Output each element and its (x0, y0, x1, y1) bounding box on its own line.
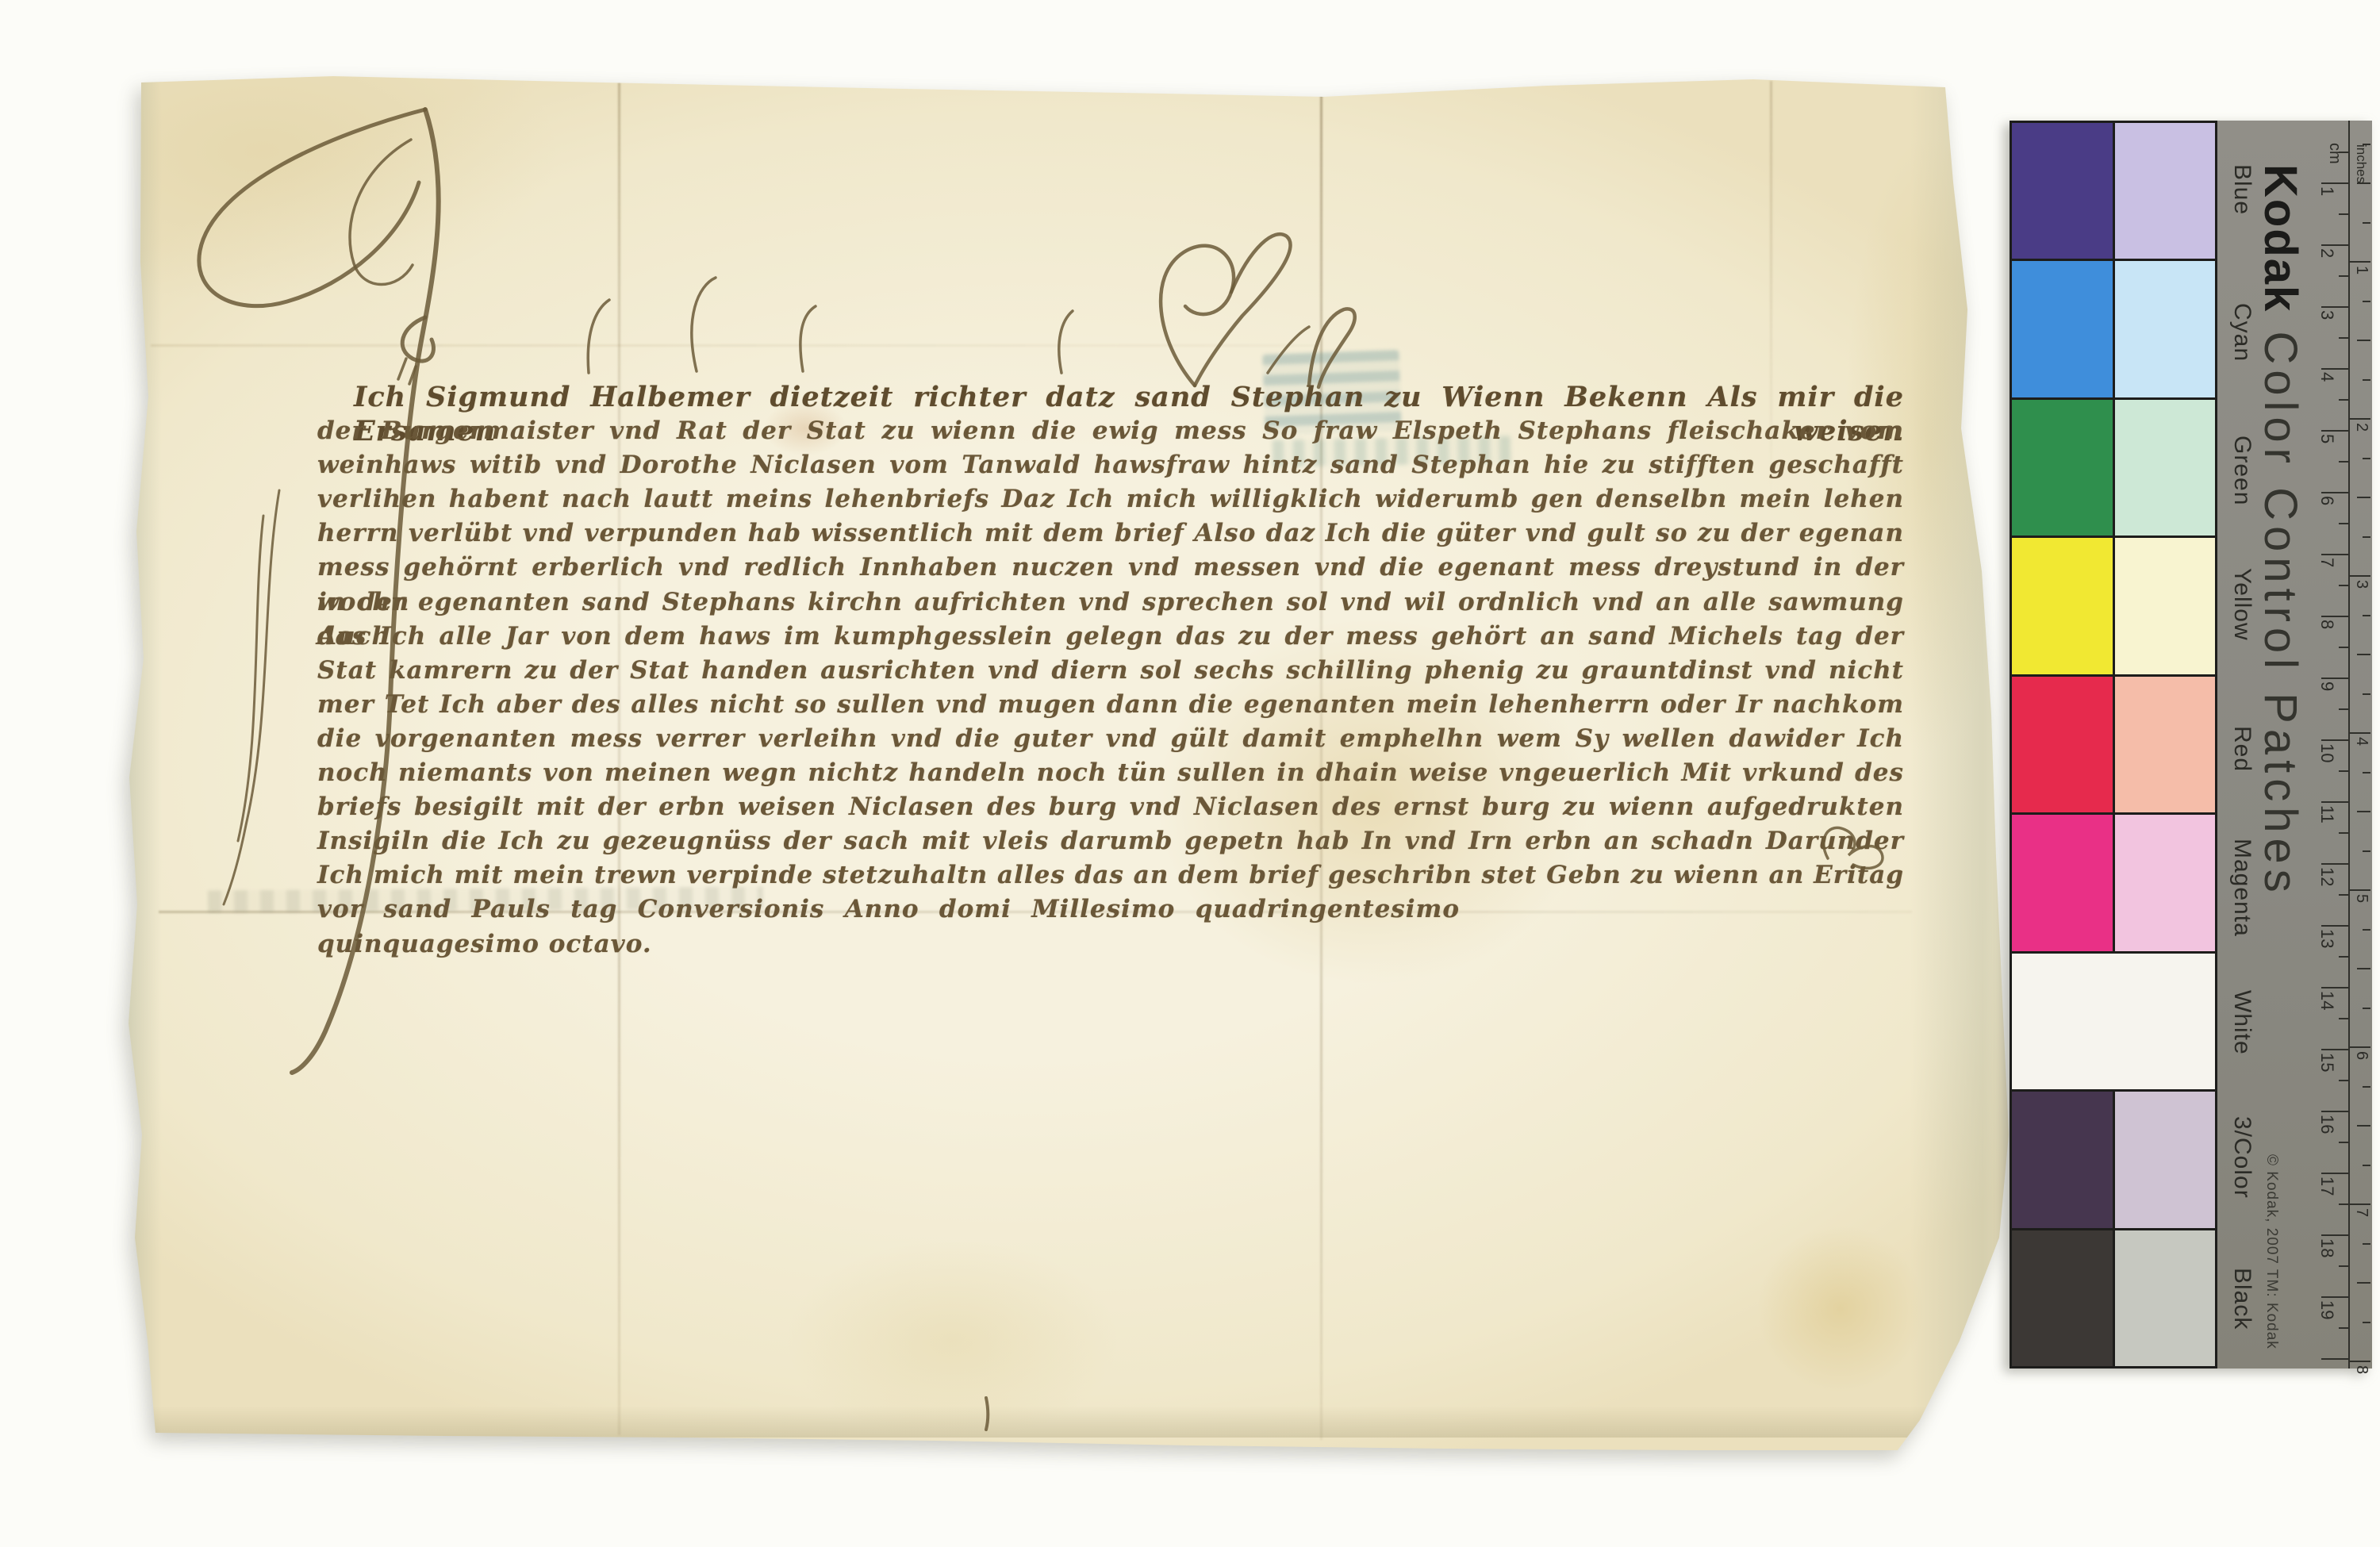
cm-number: 9 (2317, 681, 2337, 691)
cm-number: 10 (2317, 743, 2337, 762)
inch-tick (2357, 968, 2370, 969)
cm-tick (2321, 1111, 2348, 1112)
inch-tick (2348, 889, 2370, 891)
manuscript-line: noch niemants von meinen wegn nichtz han… (317, 756, 1904, 790)
patch-blue-tint (2115, 123, 2216, 259)
cm-tick (2339, 1327, 2348, 1329)
cm-tick (2321, 492, 2348, 493)
cm-tick (2339, 585, 2348, 586)
cm-tick (2321, 863, 2348, 865)
cm-tick (2339, 337, 2348, 339)
inch-tick (2357, 497, 2370, 498)
inch-tick (2348, 1046, 2370, 1048)
patch-row-label-black: Black (2228, 1268, 2255, 1330)
cm-number: 7 (2317, 558, 2337, 567)
manuscript-line: der Burgermaister vnd Rat der Stat zu wi… (317, 414, 1904, 448)
inch-tick (2348, 418, 2370, 420)
inch-tick (2357, 654, 2370, 655)
manuscript-line: Ich mich mit mein trewn verpinde stetzuh… (317, 858, 1904, 892)
cm-tick (2321, 678, 2348, 679)
cm-tick (2321, 616, 2348, 617)
inch-number: 4 (2352, 737, 2370, 746)
patch-row-label-3color: 3/Color (2228, 1116, 2255, 1199)
cm-number: 14 (2317, 991, 2337, 1010)
inch-tick (2363, 1322, 2370, 1323)
cm-tick (2321, 1234, 2348, 1236)
inch-tick (2363, 850, 2370, 852)
manuscript-line: Stat kamrern zu der Stat handen ausricht… (317, 654, 1904, 688)
parchment-left-deckle-edge (125, 75, 162, 1436)
patch-row-label-yellow: Yellow (2228, 568, 2255, 641)
cm-number: 1 (2317, 186, 2337, 196)
cm-tick (2339, 275, 2348, 277)
inches-unit-label: inches (2353, 144, 2369, 183)
cm-tick (2321, 739, 2348, 741)
kodak-title: Kodak Color Control Patches (2254, 164, 2307, 898)
patch-red-solid (2012, 677, 2113, 812)
patch-row-label-red: Red (2228, 726, 2255, 772)
inch-tick (2363, 379, 2370, 381)
inch-number: 5 (2352, 894, 2370, 903)
manuscript-line: Ich Sigmund Halbemer dietzeit richter da… (317, 380, 1904, 414)
cm-number: 16 (2317, 1115, 2337, 1134)
cm-number: 11 (2317, 805, 2337, 823)
cm-number: 8 (2317, 620, 2337, 629)
patch-row-label-white: White (2228, 990, 2255, 1055)
kodak-copyright: © Kodak, 2007 TM: Kodak (2263, 1154, 2280, 1349)
manuscript-line: mer Tet Ich aber des alles nicht so sull… (317, 688, 1904, 722)
cm-tick (2321, 801, 2348, 803)
inch-tick (2357, 340, 2370, 341)
patch-red-tint (2115, 677, 2216, 812)
inch-number: 1 (2352, 266, 2370, 274)
initial-i-outer-loop-icon (199, 109, 425, 306)
inch-tick (2357, 182, 2370, 184)
manuscript-line: Insigiln die Ich zu gezeugnüss der sach … (317, 824, 1904, 858)
cm-number: 18 (2317, 1238, 2337, 1257)
flourish-b-icon (1161, 246, 1234, 386)
parchment-bottom-edge-shading (143, 1406, 1936, 1438)
cm-tick (2321, 1296, 2348, 1298)
cm-tick (2339, 708, 2348, 710)
cm-tick (2339, 213, 2348, 215)
inch-number: 7 (2352, 1208, 2370, 1217)
patch-row-label-magenta: Magenta (2228, 839, 2255, 937)
inch-tick (2363, 301, 2370, 302)
manuscript-line: mess gehörnt erberlich vnd redlich Innha… (317, 551, 1904, 585)
patch-row-label-blue: Blue (2228, 164, 2255, 215)
cm-tick (2321, 368, 2348, 370)
inch-tick (2357, 1282, 2370, 1284)
cm-tick (2339, 1265, 2348, 1267)
cm-tick (2321, 987, 2348, 988)
manuscript-line: vor sand Pauls tag Conversionis Anno dom… (317, 892, 1460, 927)
cm-number: 13 (2317, 929, 2337, 948)
cm-tick (2339, 461, 2348, 463)
inch-tick (2348, 1203, 2370, 1205)
patch-black-solid (2012, 1230, 2113, 1366)
inch-tick (2363, 615, 2370, 616)
cm-tick (2339, 399, 2348, 401)
cm-number: 4 (2317, 372, 2337, 382)
inch-number: 6 (2352, 1051, 2370, 1060)
cm-tick (2321, 430, 2348, 432)
cm-tick (2339, 832, 2348, 834)
inch-tick (2348, 261, 2370, 263)
inch-tick (2363, 222, 2370, 224)
cm-tick (2321, 182, 2348, 184)
cm-number: 2 (2317, 248, 2337, 258)
inch-tick (2363, 772, 2370, 773)
kodak-brand-wordmark: Kodak (2255, 164, 2306, 313)
patch-yellow-tint (2115, 538, 2216, 674)
patch-3color-tint (2115, 1092, 2216, 1227)
patch-white-full (2012, 954, 2215, 1089)
cm-tick (2321, 1173, 2348, 1174)
parchment-right-deckle-edge (1910, 79, 2013, 1456)
inch-tick (2363, 1008, 2370, 1009)
cm-number: 5 (2317, 434, 2337, 443)
inch-tick (2348, 575, 2370, 577)
patch-cyan-tint (2115, 261, 2216, 397)
manuscript-line: herrn verlübt vnd verpunden hab wissentl… (317, 516, 1904, 551)
patch-3color-solid (2012, 1092, 2113, 1227)
inch-tick (2363, 1243, 2370, 1245)
cm-number: 3 (2317, 310, 2337, 320)
patch-magenta-solid (2012, 815, 2113, 950)
manuscript-line: weinhaws witib vnd Dorothe Niclasen vom … (317, 448, 1904, 482)
manuscript-text-block: Ich Sigmund Halbemer dietzeit richter da… (317, 380, 1904, 927)
cm-number: 15 (2317, 1053, 2337, 1072)
margin-descender-icon (224, 490, 279, 904)
inch-tick (2348, 732, 2370, 734)
cm-tick (2321, 244, 2348, 246)
manuscript-line: verlihen habent nach lautt meins lehenbr… (317, 482, 1904, 516)
cm-tick (2339, 647, 2348, 648)
cm-number: 19 (2317, 1300, 2337, 1319)
inch-tick (2357, 811, 2370, 812)
inch-tick (2357, 1125, 2370, 1127)
cm-tick (2339, 894, 2348, 896)
cm-tick (2321, 1049, 2348, 1050)
cm-tick (2321, 1358, 2348, 1360)
color-patch-grid (2010, 121, 2217, 1368)
inch-tick (2363, 693, 2370, 695)
cm-tick (2339, 1203, 2348, 1205)
patch-blue-solid (2012, 123, 2113, 259)
initial-i-knot-icon (402, 317, 433, 361)
inch-tick (2363, 144, 2370, 145)
cm-number: 12 (2317, 867, 2337, 886)
inch-tick (2363, 929, 2370, 931)
manuscript-line: das Ich alle Jar von dem haws im kumphge… (317, 620, 1904, 654)
cm-tick (2321, 925, 2348, 927)
cm-tick (2339, 956, 2348, 958)
inch-number: 3 (2352, 580, 2370, 589)
kodak-title-rest: Color Control Patches (2255, 313, 2306, 897)
patch-black-tint (2115, 1230, 2216, 1366)
inch-tick (2363, 458, 2370, 459)
manuscript-line: briefs besigilt mit der erbn weisen Nicl… (317, 790, 1904, 824)
cm-tick (2321, 306, 2348, 308)
cm-tick (2321, 554, 2348, 555)
patch-yellow-solid (2012, 538, 2113, 674)
inch-number: 8 (2352, 1365, 2370, 1374)
ascender-flourish-icon (588, 278, 1073, 373)
cm-tick (2339, 1142, 2348, 1143)
ruler-baseline (2348, 121, 2350, 1368)
cm-tick (2339, 152, 2348, 153)
inch-number: 2 (2352, 423, 2370, 432)
cm-tick (2339, 523, 2348, 524)
kodak-color-control-strip: Kodak Color Control Patches © Kodak, 200… (2010, 121, 2372, 1368)
inch-tick (2363, 536, 2370, 538)
manuscript-line: in der egenanten sand Stephans kirchn au… (317, 585, 1904, 620)
inch-tick (2363, 1165, 2370, 1166)
cm-tick (2339, 1080, 2348, 1081)
patch-row-label-green: Green (2228, 436, 2255, 505)
patch-green-solid (2012, 400, 2113, 535)
scanned-charter-page: Ich Sigmund Halbemer dietzeit richter da… (0, 0, 2380, 1547)
cm-number: 6 (2317, 496, 2337, 505)
faint-horizontal-crease (151, 344, 1317, 347)
inch-tick (2363, 1086, 2370, 1088)
manuscript-line: die vorgenanten mess verrer verleihn vnd… (317, 722, 1904, 756)
patch-cyan-solid (2012, 261, 2113, 397)
cm-tick (2339, 1018, 2348, 1019)
inch-tick (2348, 1361, 2370, 1362)
cm-unit-label: cm (2325, 143, 2344, 164)
patch-magenta-tint (2115, 815, 2216, 950)
cm-number: 17 (2317, 1177, 2337, 1196)
initial-i-inner-loop-icon (350, 140, 413, 285)
patch-green-tint (2115, 400, 2216, 535)
cm-tick (2339, 770, 2348, 772)
patch-row-label-cyan: Cyan (2228, 303, 2255, 362)
